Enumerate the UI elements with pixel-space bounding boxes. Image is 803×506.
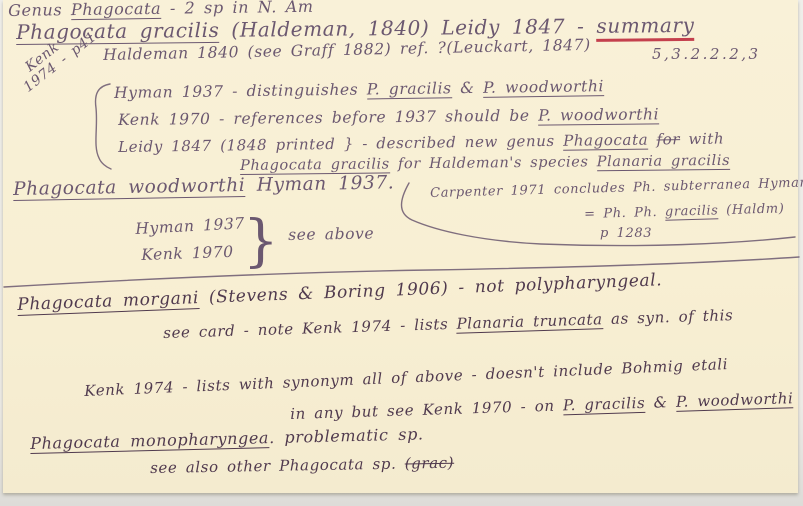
line-see-above: see above: [288, 225, 374, 244]
underlined-species-title: Phagocata woodworthi: [13, 175, 246, 201]
text-segment: (Haldm): [718, 201, 784, 218]
line-carpenter-page: p 1283: [600, 227, 652, 241]
underlined-planaria-gracilis: Planaria gracilis: [597, 153, 731, 171]
scanned-page: Genus Phagocata - 2 sp in N. Am Phagocat…: [0, 0, 803, 506]
text-segment: Genus: [8, 0, 71, 20]
underlined-genus-name: Phagocata: [71, 0, 162, 20]
underlined-gracilis: gracilis: [665, 203, 719, 220]
underlined-p-gracilis: P. gracilis: [563, 394, 646, 416]
text-segment: [648, 130, 657, 148]
curly-brace: }: [243, 211, 279, 273]
text-segment: &: [452, 79, 484, 97]
catalog-code: 5,3.2.2.2,3: [652, 46, 761, 63]
underlined-phagocata: Phagocata: [563, 131, 648, 151]
text-segment: = Ph. Ph.: [584, 205, 665, 222]
text-segment: Kenk 1970: [141, 243, 234, 264]
underlined-p-woodworthi: P. woodworthi: [676, 389, 794, 412]
text-segment: - 2 sp in N. Am: [161, 0, 314, 18]
underlined-p-gracilis: P. gracilis: [367, 79, 452, 99]
underlined-p-woodworthi: P. woodworthi: [483, 77, 604, 98]
underlined-p-woodworthi: P. woodworthi: [538, 105, 659, 125]
brace-glyph: }: [243, 209, 279, 274]
text-segment: . problematic sp.: [269, 424, 424, 447]
red-underlined-summary: summary: [596, 13, 694, 42]
text-segment: Hyman 1937 - distinguishes: [114, 80, 367, 102]
text-segment: Hyman 1937.: [245, 172, 394, 196]
underlined-species-title: Phagocata gracilis: [16, 18, 220, 45]
line-kenk-ref: Kenk 1970: [141, 244, 234, 264]
text-segment: &: [645, 393, 676, 412]
text-segment: with: [680, 130, 724, 149]
struck-word: (grac): [405, 454, 455, 473]
text-segment: for Haldeman's species: [390, 154, 597, 172]
struck-word: for: [656, 130, 680, 148]
text-segment: p 1283: [600, 226, 652, 241]
text-segment: 5,3.2.2.2,3: [652, 45, 761, 63]
text-segment: see above: [288, 224, 374, 243]
